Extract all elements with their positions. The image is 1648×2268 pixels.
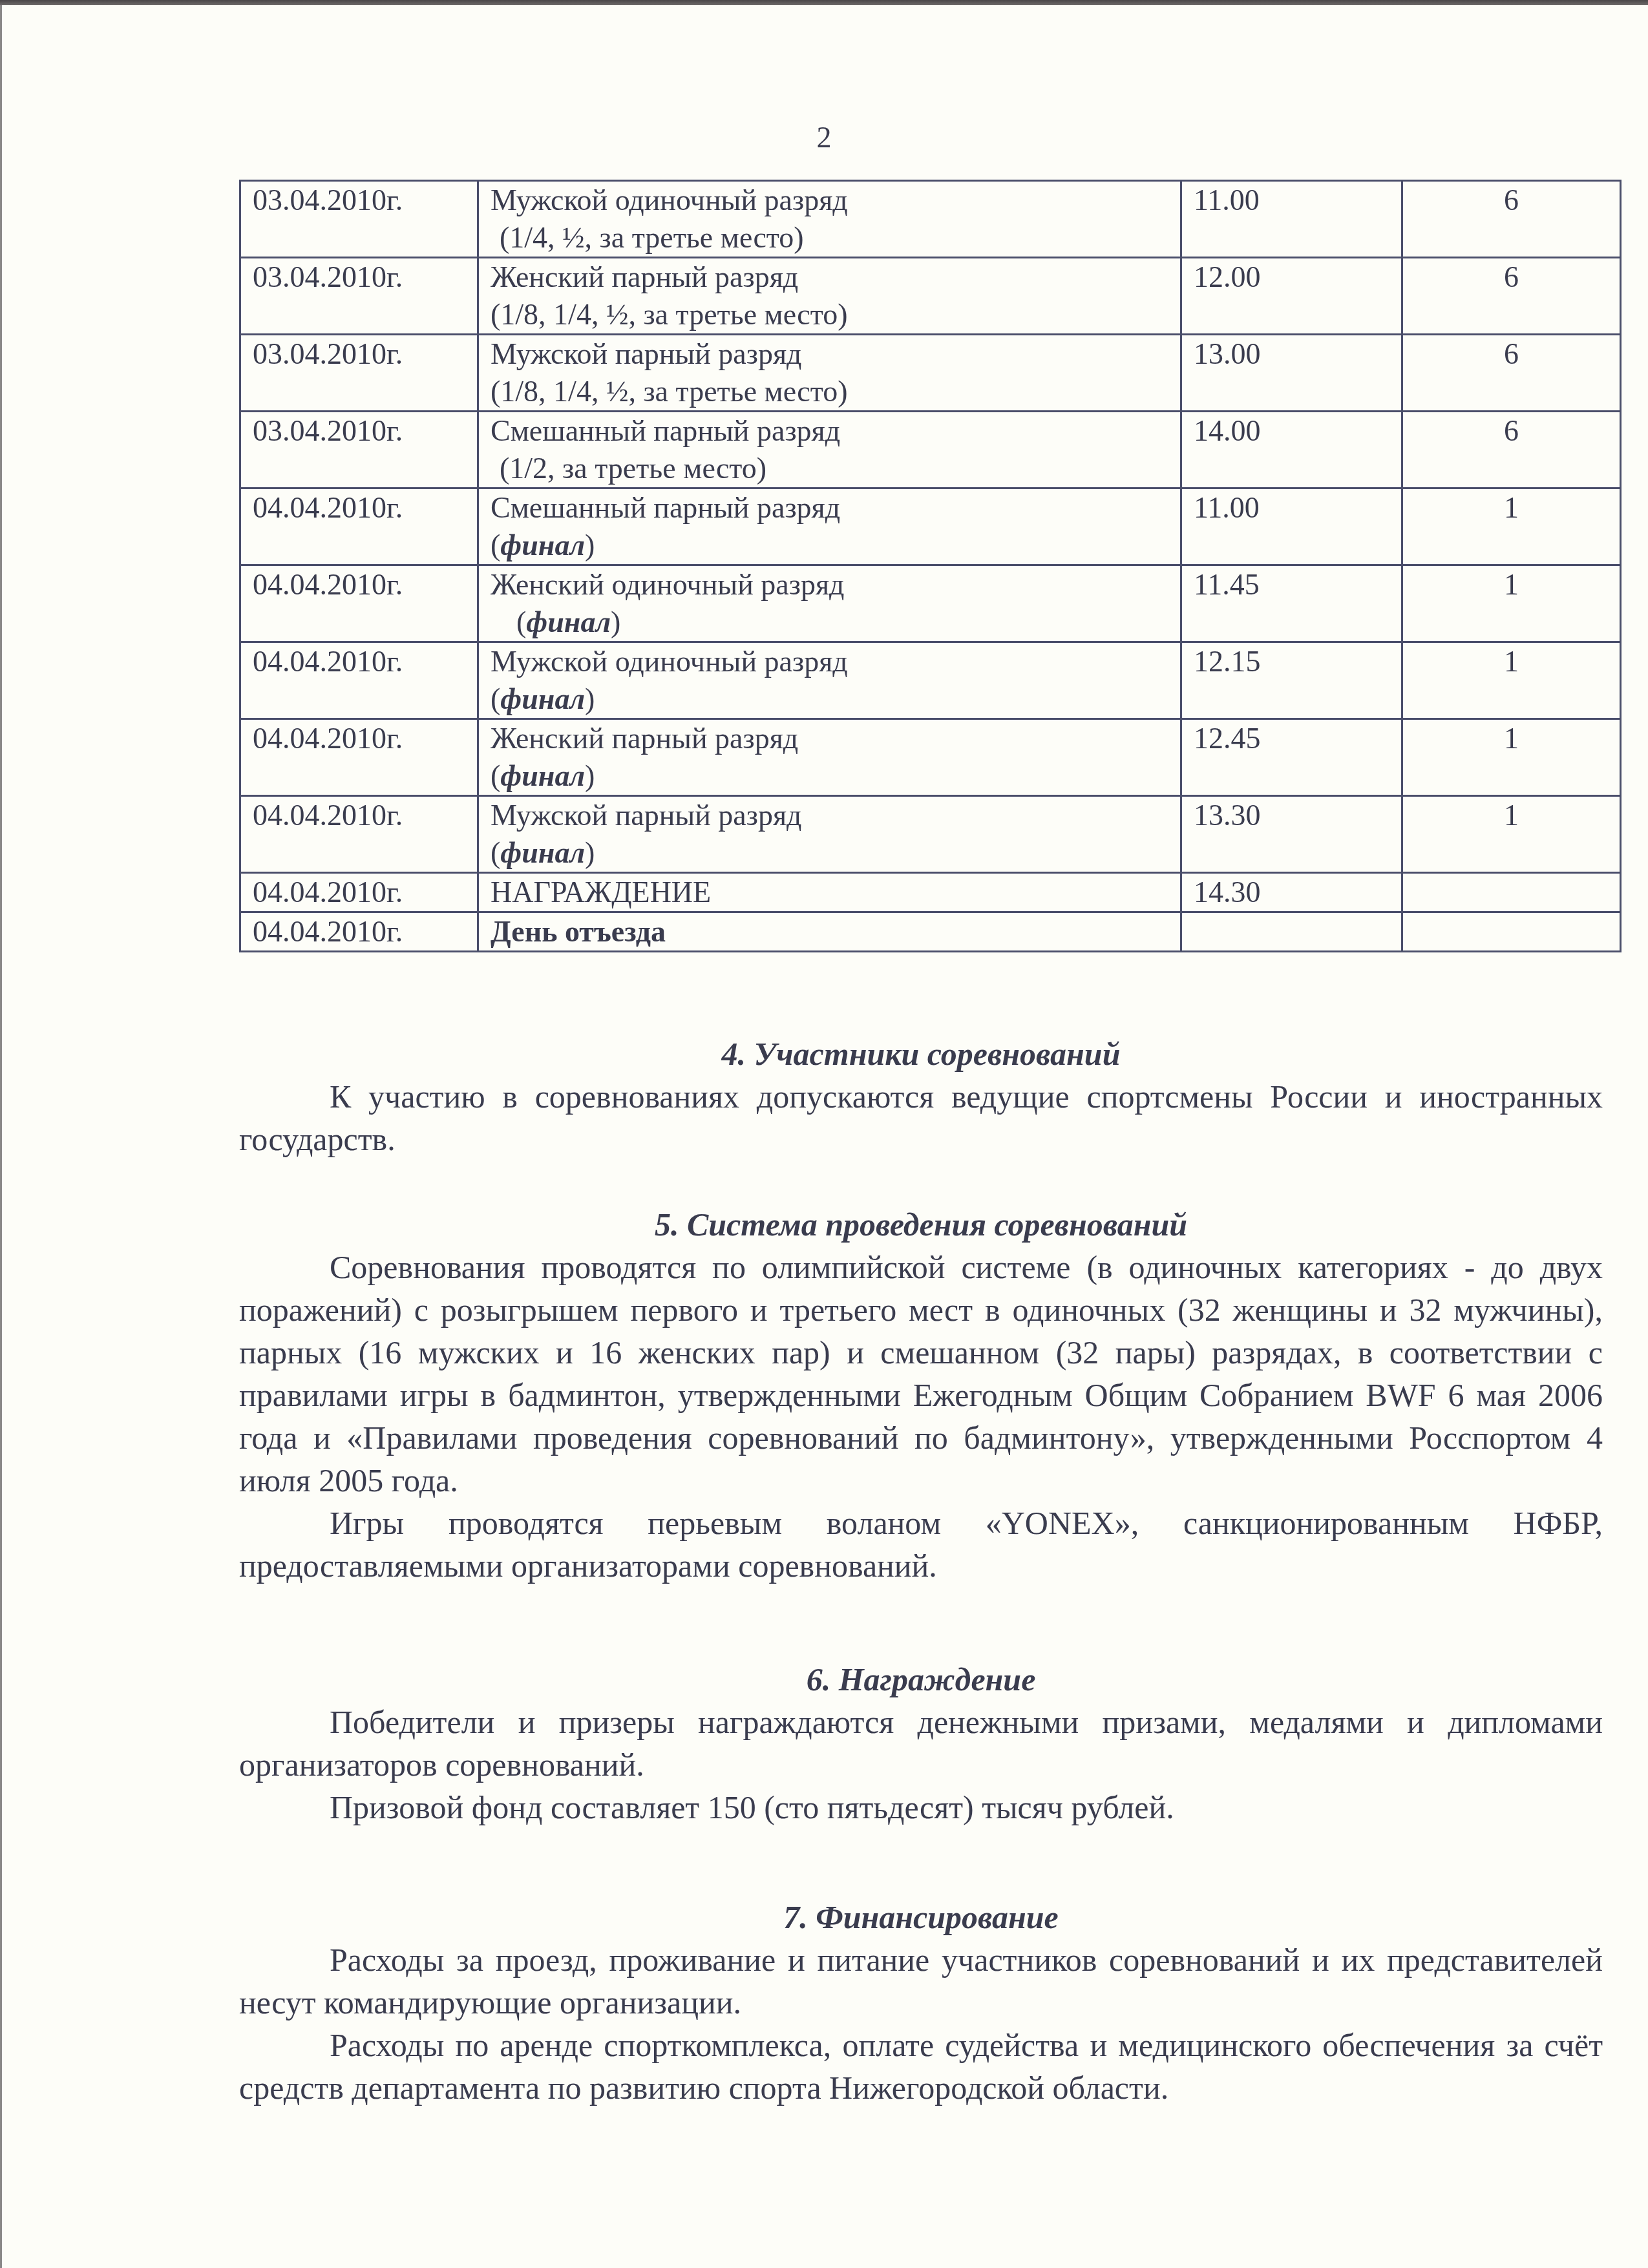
time-cell: 12.15 — [1181, 642, 1402, 719]
event-name: День отъезда — [491, 915, 666, 948]
courts-cell: 1 — [1402, 796, 1621, 873]
section-heading: 4. Участники соревнований — [239, 1033, 1603, 1075]
date-cell: 04.04.2010г. — [240, 719, 478, 796]
event-cell: Мужской одиночный разряд(финал) — [478, 642, 1181, 719]
event-stages: (1/4, ½, за третье место) — [491, 219, 1180, 257]
section-paragraph: Расходы за проезд, проживание и питание … — [239, 1938, 1603, 2024]
event-name: Мужской одиночный разряд — [491, 645, 848, 678]
event-cell: Мужской парный разряд(1/8, 1/4, ½, за тр… — [478, 335, 1181, 412]
event-cell: НАГРАЖДЕНИЕ — [478, 873, 1181, 912]
courts-cell: 6 — [1402, 335, 1621, 412]
courts-cell — [1402, 912, 1621, 952]
time-cell: 11.00 — [1181, 181, 1402, 258]
event-cell: День отъезда — [478, 912, 1181, 952]
section-heading: 6. Награждение — [239, 1658, 1603, 1701]
time-cell — [1181, 912, 1402, 952]
time-cell: 13.00 — [1181, 335, 1402, 412]
section-competition-system: 5. Система проведения соревнований Сорев… — [239, 1203, 1603, 1587]
date-cell: 04.04.2010г. — [240, 873, 478, 912]
time-cell: 14.30 — [1181, 873, 1402, 912]
time-cell: 12.00 — [1181, 258, 1402, 335]
section-participants: 4. Участники соревнований К участию в со… — [239, 1033, 1603, 1160]
event-cell: Женский одиночный разряд(финал) — [478, 565, 1181, 642]
time-cell: 11.45 — [1181, 565, 1402, 642]
event-cell: Женский парный разряд(финал) — [478, 719, 1181, 796]
section-heading: 5. Система проведения соревнований — [239, 1203, 1603, 1246]
final-label: финал — [500, 682, 585, 715]
courts-cell — [1402, 873, 1621, 912]
table-row: 03.04.2010г.Смешанный парный разряд(1/2,… — [240, 412, 1621, 488]
scan-edge-left — [0, 5, 2, 2268]
table-row: 03.04.2010г.Мужской парный разряд(1/8, 1… — [240, 335, 1621, 412]
date-cell: 03.04.2010г. — [240, 335, 478, 412]
section-awards: 6. Награждение Победители и призеры нагр… — [239, 1658, 1603, 1829]
event-cell: Смешанный парный разряд(1/2, за третье м… — [478, 412, 1181, 488]
scan-edge-top — [0, 0, 1648, 5]
event-name: Смешанный парный разряд — [491, 414, 840, 447]
courts-cell: 1 — [1402, 488, 1621, 565]
table-row: 03.04.2010г.Мужской одиночный разряд(1/4… — [240, 181, 1621, 258]
table-row: 04.04.2010г.Женский одиночный разряд(фин… — [240, 565, 1621, 642]
section-heading: 7. Финансирование — [239, 1896, 1603, 1938]
time-cell: 14.00 — [1181, 412, 1402, 488]
event-stages: (1/8, 1/4, ½, за третье место) — [491, 373, 1180, 410]
section-financing: 7. Финансирование Расходы за проезд, про… — [239, 1896, 1603, 2109]
table-row: 04.04.2010г.НАГРАЖДЕНИЕ14.30 — [240, 873, 1621, 912]
time-cell: 12.45 — [1181, 719, 1402, 796]
final-label: финал — [500, 759, 585, 792]
section-paragraph: Победители и призеры награждаются денежн… — [239, 1701, 1603, 1786]
event-stage-final: (финал) — [491, 680, 1180, 718]
final-label: финал — [500, 529, 585, 562]
courts-cell: 6 — [1402, 181, 1621, 258]
final-label: финал — [500, 836, 585, 869]
section-paragraph: Призовой фонд составляет 150 (сто пятьде… — [239, 1786, 1603, 1829]
event-name: Смешанный парный разряд — [491, 491, 840, 524]
event-stage-final: (финал) — [491, 527, 1180, 564]
date-cell: 03.04.2010г. — [240, 412, 478, 488]
table-row: 04.04.2010г.День отъезда — [240, 912, 1621, 952]
time-cell: 11.00 — [1181, 488, 1402, 565]
event-cell: Мужской парный разряд(финал) — [478, 796, 1181, 873]
event-cell: Женский парный разряд(1/8, 1/4, ½, за тр… — [478, 258, 1181, 335]
event-name: Женский парный разряд — [491, 722, 798, 755]
table-row: 03.04.2010г.Женский парный разряд(1/8, 1… — [240, 258, 1621, 335]
table-row: 04.04.2010г.Мужской одиночный разряд(фин… — [240, 642, 1621, 719]
date-cell: 03.04.2010г. — [240, 181, 478, 258]
date-cell: 04.04.2010г. — [240, 565, 478, 642]
event-stage-final: (финал) — [491, 757, 1180, 795]
date-cell: 04.04.2010г. — [240, 796, 478, 873]
event-name: Мужской одиночный разряд — [491, 184, 848, 216]
courts-cell: 6 — [1402, 258, 1621, 335]
courts-cell: 1 — [1402, 719, 1621, 796]
courts-cell: 1 — [1402, 565, 1621, 642]
section-paragraph: Игры проводятся перьевым воланом «YONEX»… — [239, 1502, 1603, 1587]
event-name: Мужской парный разряд — [491, 337, 801, 370]
event-stage-final: (финал) — [491, 604, 1180, 641]
event-stage-final: (финал) — [491, 834, 1180, 872]
date-cell: 04.04.2010г. — [240, 642, 478, 719]
event-cell: Смешанный парный разряд(финал) — [478, 488, 1181, 565]
event-name: Мужской парный разряд — [491, 799, 801, 832]
page-number: 2 — [0, 123, 1648, 152]
table-row: 04.04.2010г.Смешанный парный разряд(фина… — [240, 488, 1621, 565]
section-paragraph: Соревнования проводятся по олимпийской с… — [239, 1246, 1603, 1502]
table-row: 04.04.2010г.Мужской парный разряд(финал)… — [240, 796, 1621, 873]
event-name: НАГРАЖДЕНИЕ — [491, 876, 711, 908]
section-paragraph: К участию в соревнованиях допускаются ве… — [239, 1075, 1603, 1160]
courts-cell: 1 — [1402, 642, 1621, 719]
time-cell: 13.30 — [1181, 796, 1402, 873]
event-cell: Мужской одиночный разряд(1/4, ½, за трет… — [478, 181, 1181, 258]
final-label: финал — [526, 605, 611, 638]
schedule-table: 03.04.2010г.Мужской одиночный разряд(1/4… — [239, 180, 1622, 952]
date-cell: 04.04.2010г. — [240, 488, 478, 565]
event-stages: (1/2, за третье место) — [491, 450, 1180, 487]
event-name: Женский одиночный разряд — [491, 568, 844, 601]
date-cell: 04.04.2010г. — [240, 912, 478, 952]
section-paragraph: Расходы по аренде спорткомплекса, оплате… — [239, 2024, 1603, 2109]
event-stages: (1/8, 1/4, ½, за третье место) — [491, 296, 1180, 333]
table-row: 04.04.2010г.Женский парный разряд(финал)… — [240, 719, 1621, 796]
event-name: Женский парный разряд — [491, 260, 798, 293]
courts-cell: 6 — [1402, 412, 1621, 488]
date-cell: 03.04.2010г. — [240, 258, 478, 335]
